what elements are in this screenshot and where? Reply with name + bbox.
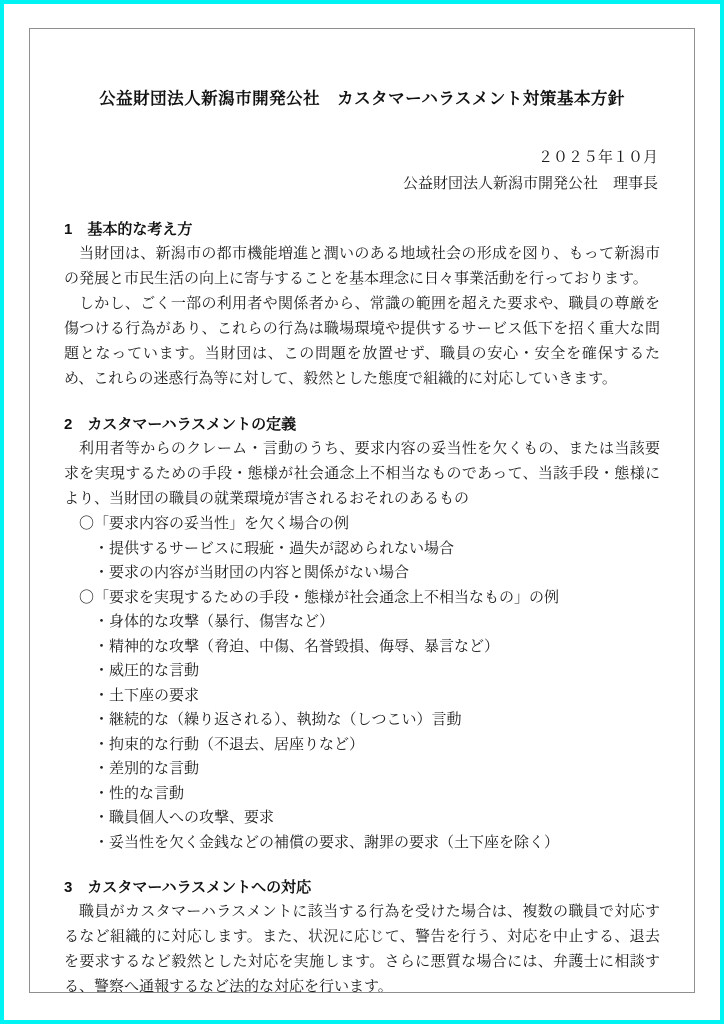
list-item: ・継続的な（繰り返される）、執拗な（しつこい）言動 xyxy=(64,708,660,733)
list-item: ・威圧的な言動 xyxy=(64,659,660,684)
list-item: ・拘束的な行動（不退去、居座りなど） xyxy=(64,733,660,758)
section-heading: 1 基本的な考え方 xyxy=(64,217,660,242)
list-item: ・提供するサービスに瑕疵・過失が認められない場合 xyxy=(64,537,660,562)
list-item: ・差別的な言動 xyxy=(64,757,660,782)
list-item: 〇「要求を実現するための手段・態様が社会通念上不相当なもの」の例 xyxy=(64,586,660,611)
document-page: 公益財団法人新潟市開発公社 カスタマーハラスメント対策基本方針 ２０２５年１０月… xyxy=(29,28,695,993)
paragraph: 職員がカスタマーハラスメントに該当する行為を受けた場合は、複数の職員で対応するな… xyxy=(64,900,660,993)
section-response: 3 カスタマーハラスメントへの対応 職員がカスタマーハラスメントに該当する行為を… xyxy=(64,875,660,993)
list-item: ・土下座の要求 xyxy=(64,684,660,709)
list-item: 〇「要求内容の妥当性」を欠く場合の例 xyxy=(64,512,660,537)
list-item: ・精神的な攻撃（脅迫、中傷、名誉毀損、侮辱、暴言など） xyxy=(64,635,660,660)
paragraph: しかし、ごく一部の利用者や関係者から、常識の範囲を超えた要求や、職員の尊厳を傷つ… xyxy=(64,292,660,392)
list-item: ・妥当性を欠く金銭などの補償の要求、謝罪の要求（土下座を除く） xyxy=(64,831,660,856)
document-title: 公益財団法人新潟市開発公社 カスタマーハラスメント対策基本方針 xyxy=(64,85,660,109)
document-issuer: 公益財団法人新潟市開発公社 理事長 xyxy=(64,171,658,197)
paragraph: 利用者等からのクレーム・言動のうち、要求内容の妥当性を欠くもの、または当該要求を… xyxy=(64,437,660,512)
document-date: ２０２５年１０月 xyxy=(64,145,658,171)
list-item: ・性的な言動 xyxy=(64,782,660,807)
list-item: ・要求の内容が当財団の内容と関係がない場合 xyxy=(64,561,660,586)
definition-example-list: 〇「要求内容の妥当性」を欠く場合の例 ・提供するサービスに瑕疵・過失が認められな… xyxy=(64,512,660,855)
date-issuer-block: ２０２５年１０月 公益財団法人新潟市開発公社 理事長 xyxy=(64,145,660,197)
list-item: ・職員個人への攻撃、要求 xyxy=(64,806,660,831)
section-definition: 2 カスタマーハラスメントの定義 利用者等からのクレーム・言動のうち、要求内容の… xyxy=(64,412,660,855)
list-item: ・身体的な攻撃（暴行、傷害など） xyxy=(64,610,660,635)
section-heading: 3 カスタマーハラスメントへの対応 xyxy=(64,875,660,900)
screenshot-frame: 公益財団法人新潟市開発公社 カスタマーハラスメント対策基本方針 ２０２５年１０月… xyxy=(0,0,724,1024)
paragraph: 当財団は、新潟市の都市機能増進と潤いのある地域社会の形成を図り、もって新潟市の発… xyxy=(64,242,660,292)
section-basic-policy: 1 基本的な考え方 当財団は、新潟市の都市機能増進と潤いのある地域社会の形成を図… xyxy=(64,217,660,392)
section-heading: 2 カスタマーハラスメントの定義 xyxy=(64,412,660,437)
